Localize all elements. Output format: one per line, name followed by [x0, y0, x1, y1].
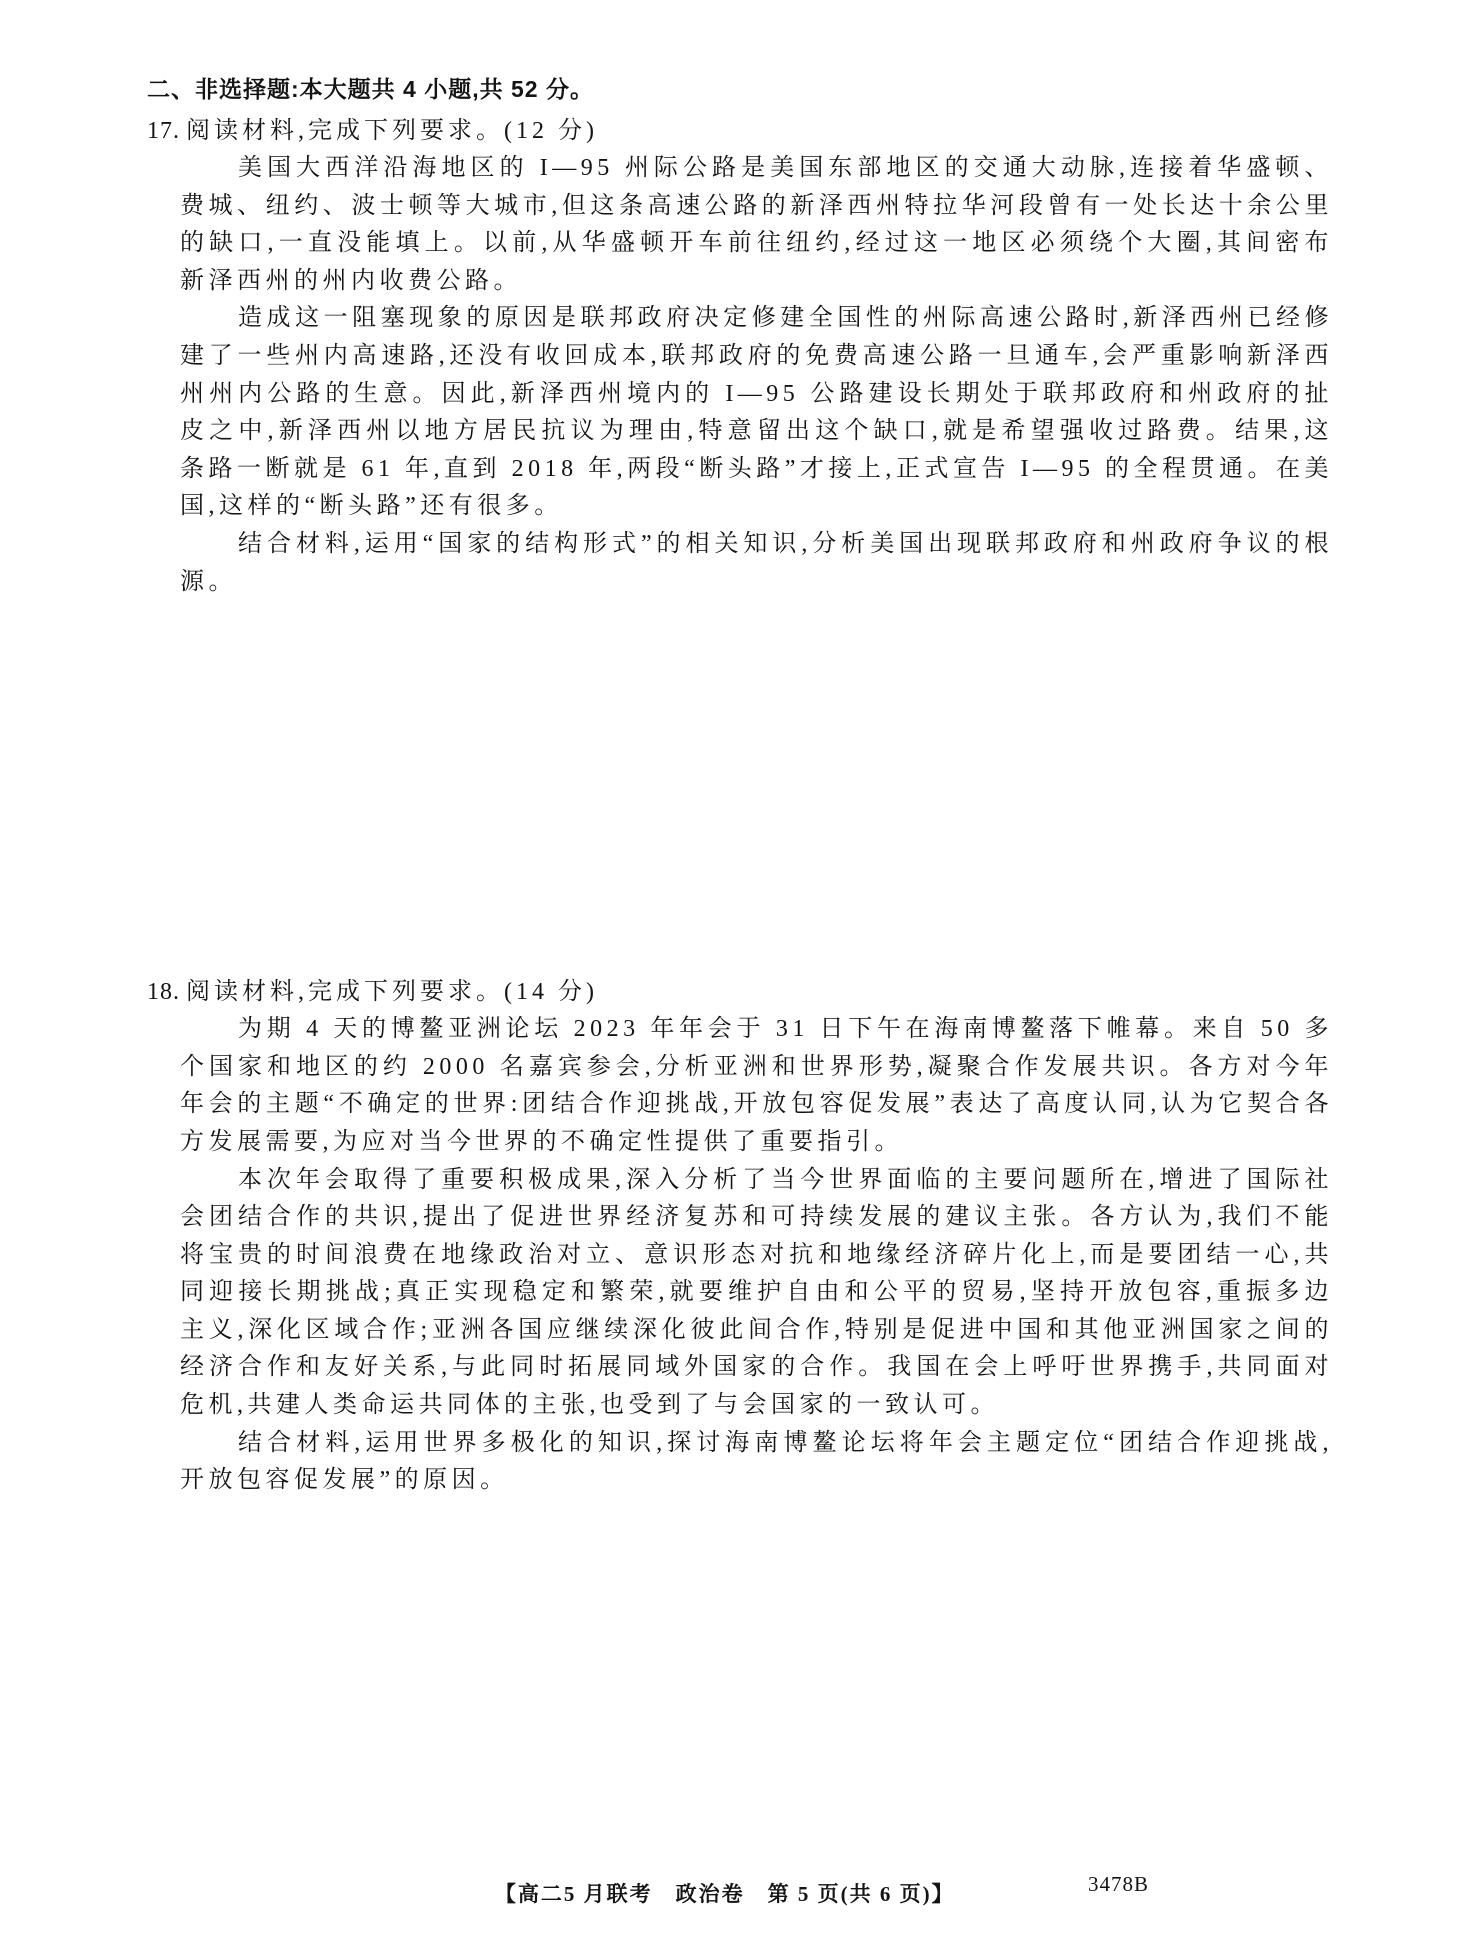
question-17-task: 结合材料,运用“国家的结构形式”的相关知识,分析美国出现联邦政府和州政府争议的根… — [180, 526, 1333, 601]
question-17-title: 阅读材料,完成下列要求。(12 分) — [186, 118, 598, 144]
question-17-material-paragraph-2: 造成这一阻塞现象的原因是联邦政府决定修建全国性的州际高速公路时,新泽西州已经修建… — [180, 300, 1333, 526]
question-18-material-paragraph-1: 为期 4 天的博鳌亚洲论坛 2023 年年会于 31 日下午在海南博鳌落下帷幕。… — [180, 1011, 1333, 1161]
question-18-body: 为期 4 天的博鳌亚洲论坛 2023 年年会于 31 日下午在海南博鳌落下帷幕。… — [180, 1011, 1333, 1500]
question-17-material-paragraph-1: 美国大西洋沿海地区的 I—95 州际公路是美国东部地区的交通大动脉,连接着华盛顿… — [180, 150, 1333, 300]
question-18-task: 结合材料,运用世界多极化的知识,探讨海南博鳌论坛将年会主题定位“团结合作迎挑战,… — [180, 1425, 1333, 1500]
question-18: 18.阅读材料,完成下列要求。(14 分) 为期 4 天的博鳌亚洲论坛 2023… — [147, 973, 1333, 1500]
footer-paper-code: 3478B — [1088, 1872, 1149, 1897]
question-18-title: 阅读材料,完成下列要求。(14 分) — [186, 979, 598, 1005]
question-18-material-paragraph-2: 本次年会取得了重要积极成果,深入分析了当今世界面临的主要问题所在,增进了国际社会… — [180, 1162, 1333, 1425]
question-17-body: 美国大西洋沿海地区的 I—95 州际公路是美国东部地区的交通大动脉,连接着华盛顿… — [180, 150, 1333, 601]
question-17-answer-space — [147, 601, 1333, 973]
question-18-header: 18.阅读材料,完成下列要求。(14 分) — [147, 973, 1333, 1011]
footer-exam-label: 【高二5 月联考 政治卷 第 5 页(共 6 页)】 — [495, 1878, 955, 1908]
question-17-header: 17.阅读材料,完成下列要求。(12 分) — [147, 112, 1333, 150]
question-18-number: 18. — [147, 979, 180, 1005]
question-17: 17.阅读材料,完成下列要求。(12 分) 美国大西洋沿海地区的 I—95 州际… — [147, 112, 1333, 973]
question-17-number: 17. — [147, 118, 180, 144]
exam-page: 二、非选择题:本大题共 4 小题,共 52 分。 17.阅读材料,完成下列要求。… — [0, 0, 1468, 1943]
page-content: 二、非选择题:本大题共 4 小题,共 52 分。 17.阅读材料,完成下列要求。… — [147, 70, 1333, 1500]
page-footer: 【高二5 月联考 政治卷 第 5 页(共 6 页)】 3478B — [0, 1872, 1468, 1912]
section-heading: 二、非选择题:本大题共 4 小题,共 52 分。 — [147, 70, 1333, 108]
